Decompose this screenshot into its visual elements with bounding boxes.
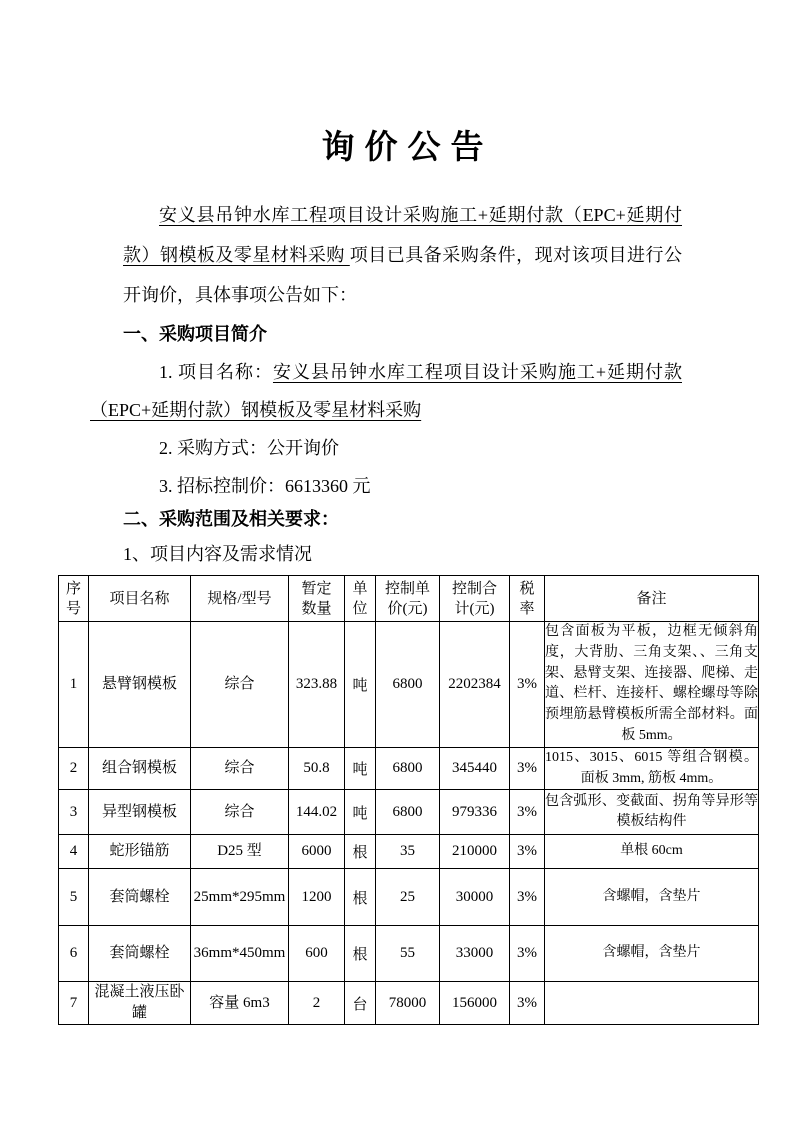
table-cell: 36mm*450mm <box>191 926 289 982</box>
table-cell: D25 型 <box>191 835 289 869</box>
table-cell: 1200 <box>289 869 345 926</box>
table-cell: 根 <box>345 926 376 982</box>
table-cell: 根 <box>345 835 376 869</box>
table-cell: 55 <box>376 926 440 982</box>
table-cell: 吨 <box>345 622 376 748</box>
table-cell: 单根 60cm <box>545 835 759 869</box>
table-cell: 吨 <box>345 747 376 790</box>
table-header-row: 序号 项目名称 规格/型号 暂定数量 单位 控制单价(元) 控制合计(元) 税率… <box>59 576 759 622</box>
table-cell: 3% <box>510 869 545 926</box>
table-cell: 2 <box>59 747 89 790</box>
table-cell: 25 <box>376 869 440 926</box>
table-cell: 5 <box>59 869 89 926</box>
col-header-tax-rate: 税率 <box>510 576 545 622</box>
table-cell: 综合 <box>191 747 289 790</box>
col-header-seq: 序号 <box>59 576 89 622</box>
table-cell: 根 <box>345 869 376 926</box>
table-cell: 组合钢模板 <box>89 747 191 790</box>
table-cell: 7 <box>59 982 89 1025</box>
section-2-subheading: 1、项目内容及需求情况 <box>123 535 682 573</box>
item-project-name-label: 1. 项目名称： <box>159 362 273 382</box>
document-title: 询价公告 <box>123 123 682 173</box>
table-cell: 台 <box>345 982 376 1025</box>
table-cell: 综合 <box>191 622 289 748</box>
table-cell: 包含弧形、变截面、拐角等异形等模板结构件 <box>545 790 759 835</box>
table-cell: 50.8 <box>289 747 345 790</box>
table-cell: 600 <box>289 926 345 982</box>
table-cell: 3% <box>510 790 545 835</box>
table-cell: 6800 <box>376 747 440 790</box>
col-header-qty: 暂定数量 <box>289 576 345 622</box>
col-header-unit-price: 控制单价(元) <box>376 576 440 622</box>
section-2-heading: 二、采购范围及相关要求： <box>123 500 682 538</box>
table-cell: 6800 <box>376 622 440 748</box>
table-cell: 包含面板为平板，边框无倾斜角度，大背肋、三角支架、、三角支架、悬臂支架、连接器、… <box>545 622 759 748</box>
table-cell: 含螺帽，含垫片 <box>545 869 759 926</box>
section-1-heading: 一、采购项目简介 <box>123 315 682 353</box>
table-cell: 979336 <box>440 790 510 835</box>
table-cell: 6800 <box>376 790 440 835</box>
table-cell: 3% <box>510 982 545 1025</box>
table-cell: 套筒螺栓 <box>89 926 191 982</box>
table-cell: 2 <box>289 982 345 1025</box>
table-row: 5套筒螺栓25mm*295mm1200根25300003%含螺帽，含垫片 <box>59 869 759 926</box>
table-row: 2组合钢模板综合50.8吨68003454403%1015、3015、6015 … <box>59 747 759 790</box>
table-cell: 吨 <box>345 790 376 835</box>
table-cell: 3% <box>510 926 545 982</box>
table-cell: 35 <box>376 835 440 869</box>
table-row: 7混凝土液压卧罐容量 6m32台780001560003% <box>59 982 759 1025</box>
table-cell <box>545 982 759 1025</box>
table-cell: 2202384 <box>440 622 510 748</box>
table-cell: 156000 <box>440 982 510 1025</box>
table-cell: 1 <box>59 622 89 748</box>
table-cell: 容量 6m3 <box>191 982 289 1025</box>
table-cell: 210000 <box>440 835 510 869</box>
table-cell: 323.88 <box>289 622 345 748</box>
col-header-total: 控制合计(元) <box>440 576 510 622</box>
item-project-name: 1. 项目名称：安义县吊钟水库工程项目设计采购施工+延期付款（EPC+延期付款）… <box>90 353 682 429</box>
table-cell: 3% <box>510 747 545 790</box>
table-cell: 144.02 <box>289 790 345 835</box>
intro-paragraph: 安义县吊钟水库工程项目设计采购施工+延期付款（EPC+延期付款）钢模板及零星材料… <box>123 195 682 315</box>
table-row: 4蛇形锚筋D25 型6000根352100003%单根 60cm <box>59 835 759 869</box>
table-cell: 4 <box>59 835 89 869</box>
table-row: 1悬臂钢模板综合323.88吨680022023843%包含面板为平板，边框无倾… <box>59 622 759 748</box>
table-cell: 3% <box>510 622 545 748</box>
table-cell: 78000 <box>376 982 440 1025</box>
table-cell: 25mm*295mm <box>191 869 289 926</box>
table-cell: 异型钢模板 <box>89 790 191 835</box>
items-table: 序号 项目名称 规格/型号 暂定数量 单位 控制单价(元) 控制合计(元) 税率… <box>58 575 759 1025</box>
table-cell: 3 <box>59 790 89 835</box>
table-cell: 1015、3015、6015 等组合钢模。面板 3mm, 筋板 4mm。 <box>545 747 759 790</box>
col-header-spec: 规格/型号 <box>191 576 289 622</box>
table-cell: 混凝土液压卧罐 <box>89 982 191 1025</box>
table-cell: 6 <box>59 926 89 982</box>
table-cell: 悬臂钢模板 <box>89 622 191 748</box>
document-page: 询价公告 安义县吊钟水库工程项目设计采购施工+延期付款（EPC+延期付款）钢模板… <box>0 0 800 1131</box>
col-header-name: 项目名称 <box>89 576 191 622</box>
table-cell: 33000 <box>440 926 510 982</box>
table-cell: 综合 <box>191 790 289 835</box>
table-cell: 含螺帽，含垫片 <box>545 926 759 982</box>
table-cell: 345440 <box>440 747 510 790</box>
table-cell: 3% <box>510 835 545 869</box>
table-cell: 30000 <box>440 869 510 926</box>
col-header-remark: 备注 <box>545 576 759 622</box>
table-row: 3异型钢模板综合144.02吨68009793363%包含弧形、变截面、拐角等异… <box>59 790 759 835</box>
items-table-body: 1悬臂钢模板综合323.88吨680022023843%包含面板为平板，边框无倾… <box>59 622 759 1025</box>
col-header-unit: 单位 <box>345 576 376 622</box>
table-row: 6套筒螺栓36mm*450mm600根55330003%含螺帽，含垫片 <box>59 926 759 982</box>
table-cell: 套筒螺栓 <box>89 869 191 926</box>
table-cell: 蛇形锚筋 <box>89 835 191 869</box>
table-cell: 6000 <box>289 835 345 869</box>
item-procurement-method: 2. 采购方式：公开询价 <box>123 429 682 467</box>
